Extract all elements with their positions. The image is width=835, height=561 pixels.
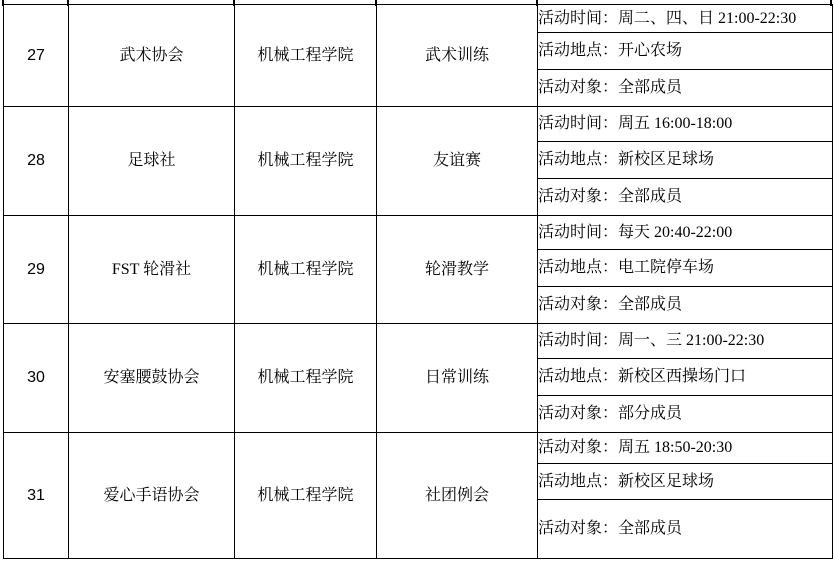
activity-type-cell: 轮滑教学: [377, 216, 538, 324]
table-row: 28 足球社 机械工程学院 友谊赛 活动时间：周五 16:00-18:00: [4, 107, 833, 142]
club-name-cell: 爱心手语协会: [69, 433, 235, 559]
detail-target-cell: 活动对象：部分成员: [538, 396, 833, 433]
detail-time-cell: 活动时间：周五 16:00-18:00: [538, 107, 833, 142]
college-cell: 机械工程学院: [235, 216, 377, 324]
detail-time-cell: 活动时间：周一、三 21:00-22:30: [538, 324, 833, 359]
detail-time-cell: 活动时间：周二、四、日 21:00-22:30: [538, 5, 833, 33]
college-cell: 机械工程学院: [235, 107, 377, 216]
detail-target-cell: 活动对象：全部成员: [538, 179, 833, 216]
detail-target-cell: 活动对象：全部成员: [538, 287, 833, 324]
college-cell: 机械工程学院: [235, 324, 377, 433]
detail-time-cell: 活动对象：周五 18:50-20:30: [538, 433, 833, 464]
row-number-cell: 28: [4, 107, 69, 216]
activity-type-cell: 友谊赛: [377, 107, 538, 216]
detail-place-cell: 活动地点：电工院停车场: [538, 250, 833, 287]
activity-type-cell: 武术训练: [377, 5, 538, 107]
row-number-cell: 31: [4, 433, 69, 559]
club-name-cell: 武术协会: [69, 5, 235, 107]
document-page: 27 武术协会 机械工程学院 武术训练 活动时间：周二、四、日 21:00-22…: [0, 0, 835, 561]
table-row: 30 安塞腰鼓协会 机械工程学院 日常训练 活动时间：周一、三 21:00-22…: [4, 324, 833, 359]
college-cell: 机械工程学院: [235, 5, 377, 107]
college-cell: 机械工程学院: [235, 433, 377, 559]
detail-place-cell: 活动地点：新校区西操场门口: [538, 359, 833, 396]
table-row: 29 FST 轮滑社 机械工程学院 轮滑教学 活动时间：每天 20:40-22:…: [4, 216, 833, 250]
detail-time-cell: 活动时间：每天 20:40-22:00: [538, 216, 833, 250]
detail-target-cell: 活动对象：全部成员: [538, 500, 833, 559]
table-row: 27 武术协会 机械工程学院 武术训练 活动时间：周二、四、日 21:00-22…: [4, 5, 833, 33]
club-name-cell: FST 轮滑社: [69, 216, 235, 324]
detail-place-cell: 活动地点：新校区足球场: [538, 464, 833, 500]
row-number-cell: 30: [4, 324, 69, 433]
club-name-cell: 足球社: [69, 107, 235, 216]
detail-target-cell: 活动对象：全部成员: [538, 70, 833, 107]
detail-place-cell: 活动地点：新校区足球场: [538, 142, 833, 179]
club-name-cell: 安塞腰鼓协会: [69, 324, 235, 433]
clubs-activity-table: 27 武术协会 机械工程学院 武术训练 活动时间：周二、四、日 21:00-22…: [3, 4, 833, 559]
activity-type-cell: 日常训练: [377, 324, 538, 433]
row-number-cell: 27: [4, 5, 69, 107]
detail-place-cell: 活动地点：开心农场: [538, 33, 833, 70]
activity-type-cell: 社团例会: [377, 433, 538, 559]
row-number-cell: 29: [4, 216, 69, 324]
table-row: 31 爱心手语协会 机械工程学院 社团例会 活动对象：周五 18:50-20:3…: [4, 433, 833, 464]
